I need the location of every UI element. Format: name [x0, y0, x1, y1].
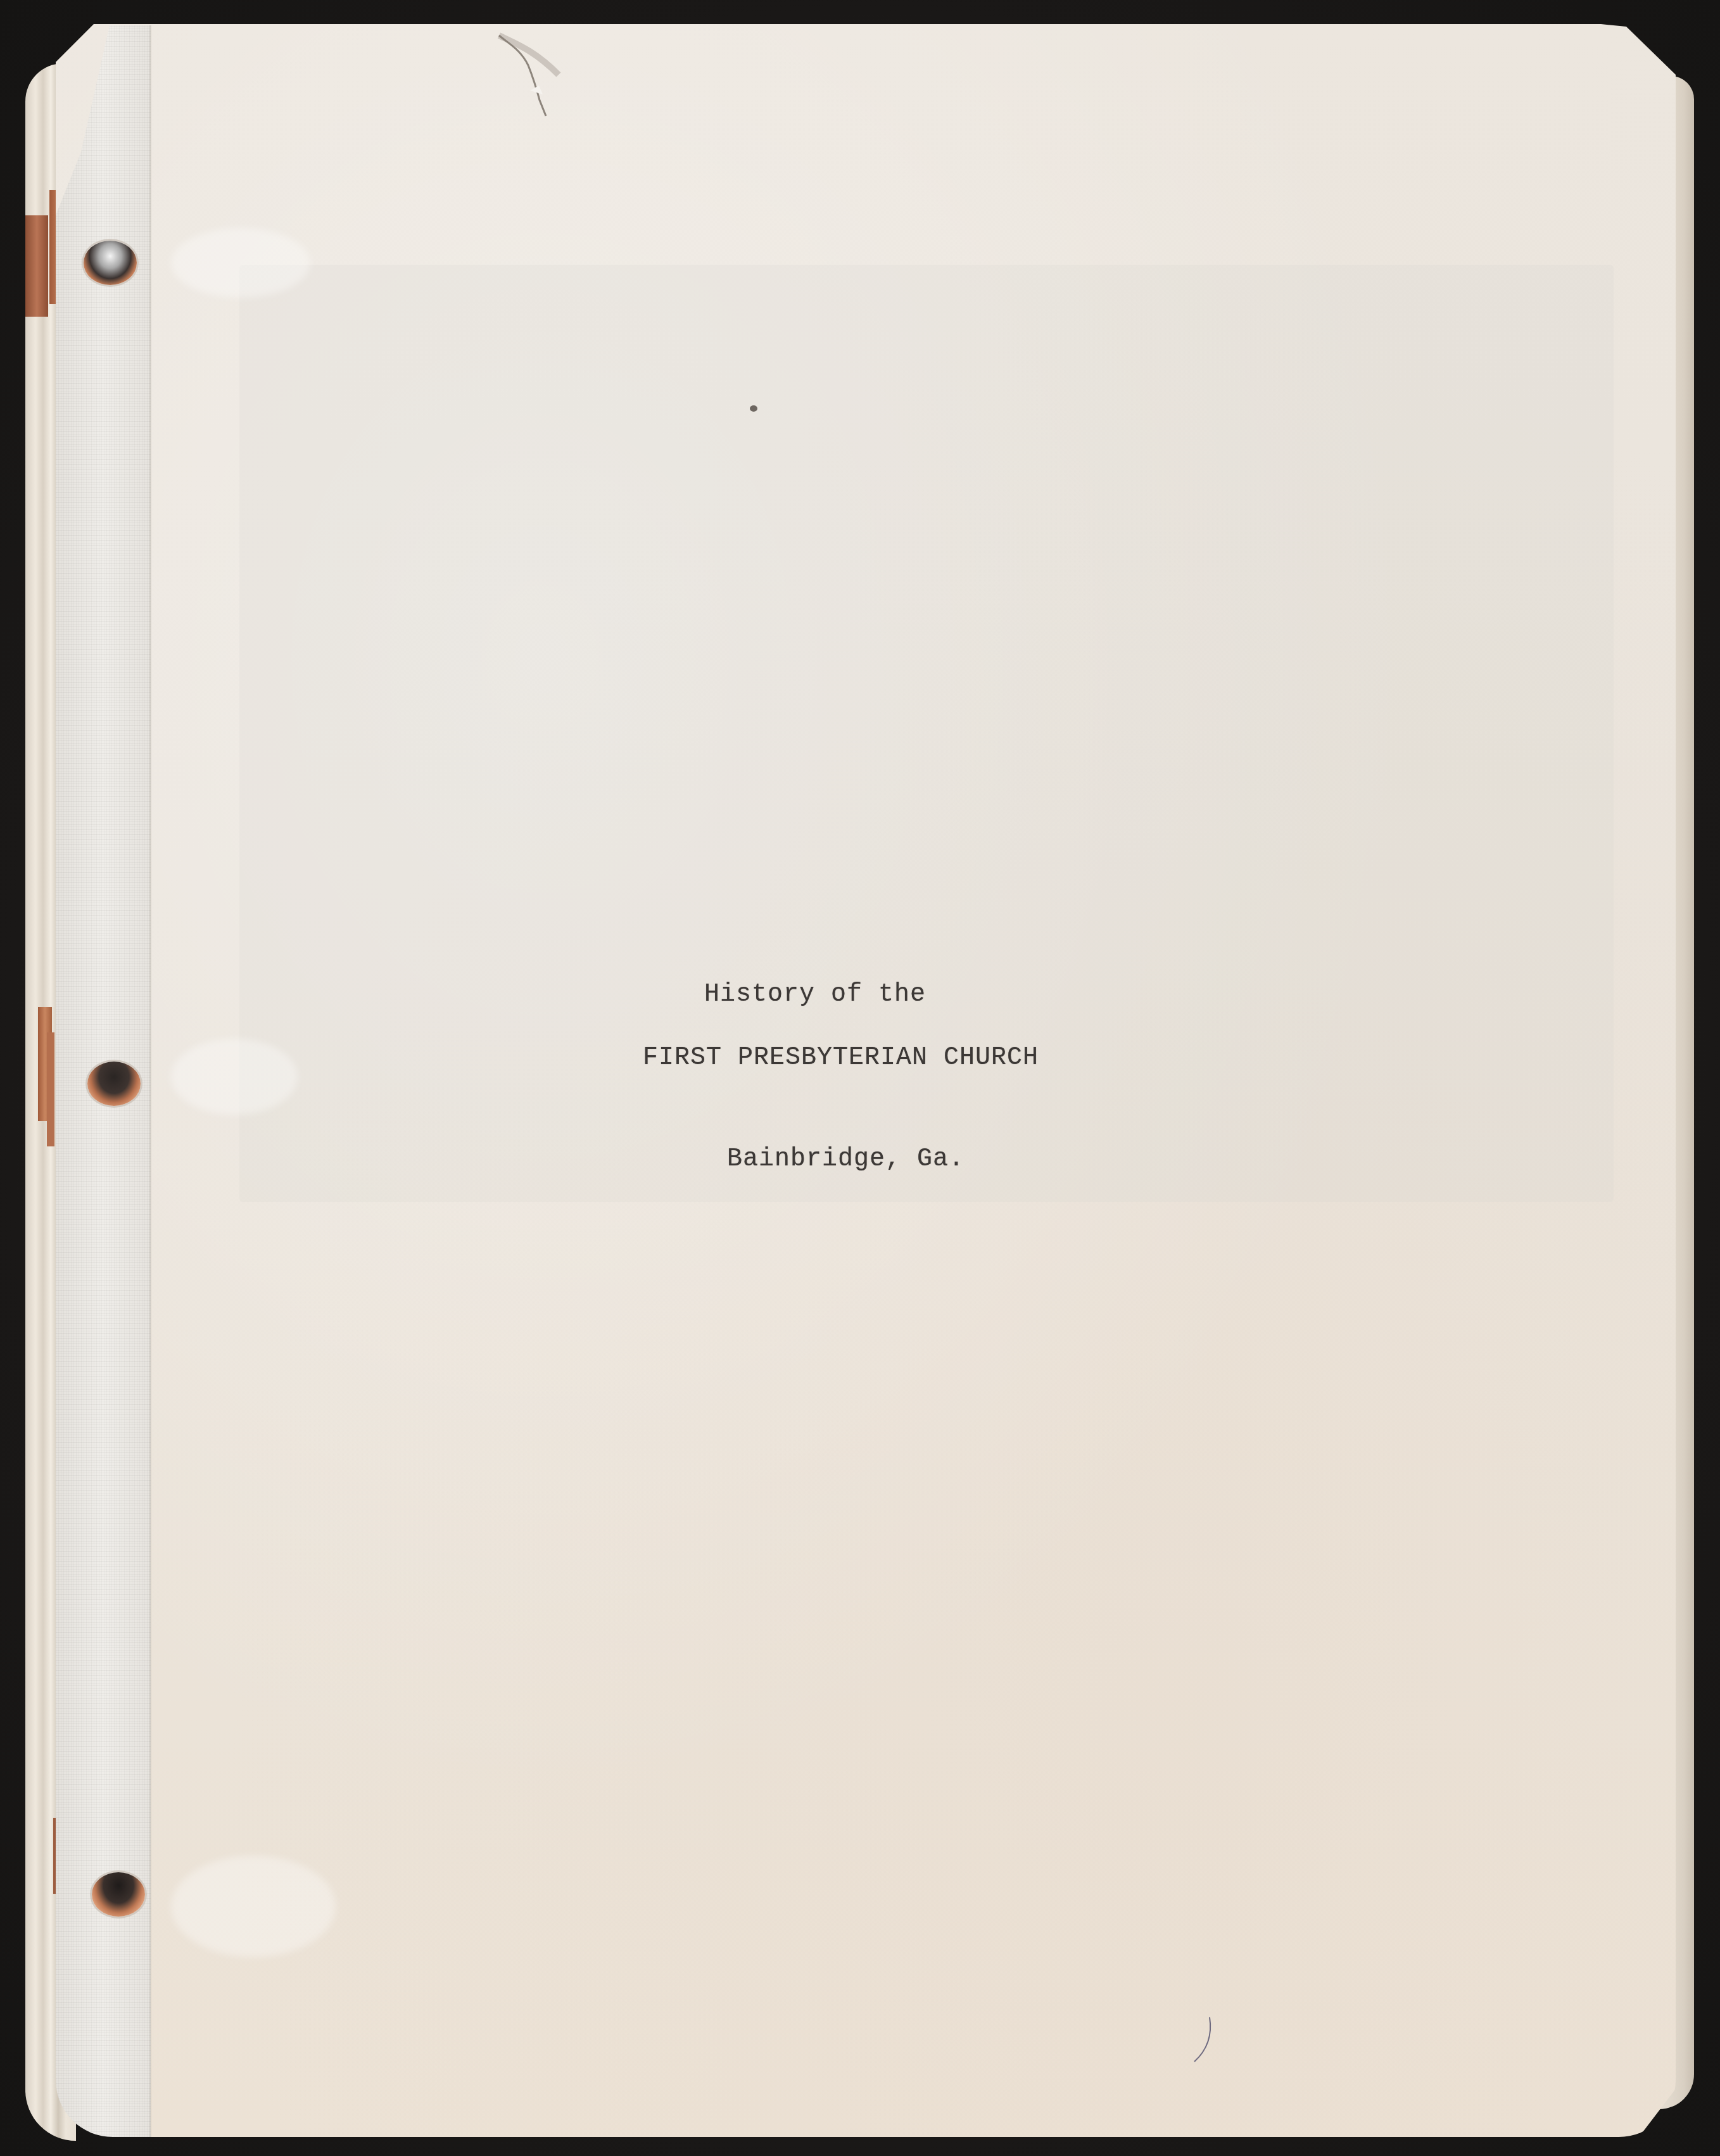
- page-tab-strip: [47, 1032, 54, 1146]
- ink-speck: [750, 405, 757, 412]
- grommet-icon: [87, 1062, 141, 1106]
- pen-mark-icon: [1191, 2014, 1216, 2065]
- title-line-location: Bainbridge, Ga.: [727, 1145, 1720, 1174]
- binding-edge-line: [149, 25, 151, 2137]
- title-line-church-name: FIRST PRESBYTERIAN CHURCH: [643, 1044, 1720, 1072]
- title-page: [56, 24, 1676, 2137]
- page-tab-strip: [25, 215, 48, 317]
- paper-crease: [171, 1039, 298, 1115]
- grommet-icon: [92, 1872, 145, 1917]
- paper-crease: [171, 228, 310, 298]
- grommet-icon: [84, 241, 137, 285]
- title-line-history: History of the: [704, 980, 1720, 1009]
- paper-tear-icon: [495, 30, 565, 119]
- paper-crease: [171, 1856, 336, 1957]
